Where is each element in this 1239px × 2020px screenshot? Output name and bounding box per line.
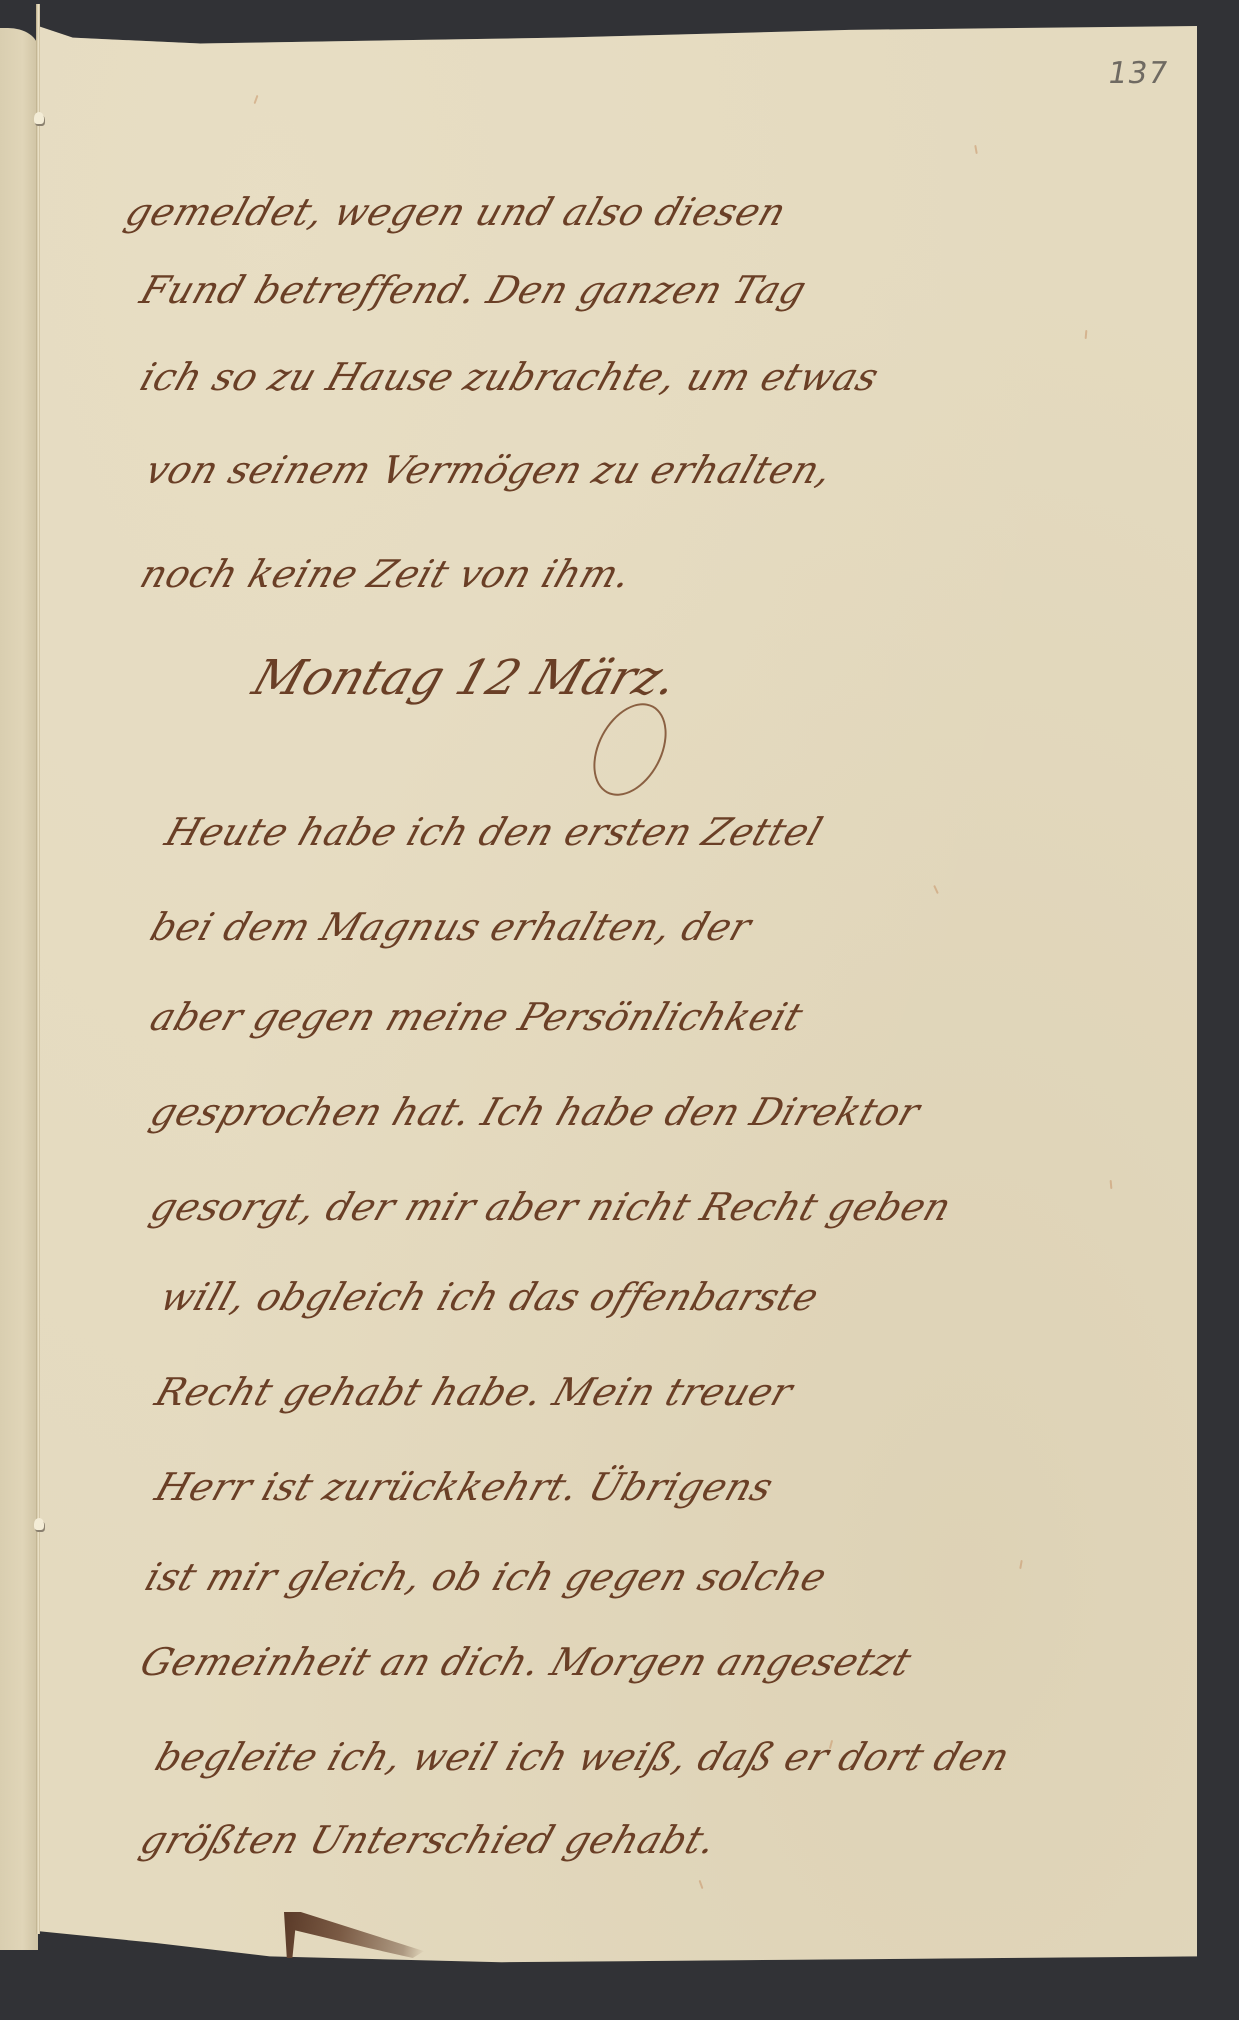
- binding-tear: [34, 1518, 44, 1530]
- text-line: noch keine Zeit von ihm.: [135, 552, 637, 596]
- text-line: aber gegen meine Persönlichkeit: [145, 995, 809, 1039]
- text-line: ich so zu Hause zubrachte, um etwas: [135, 355, 884, 399]
- binding-gutter: [36, 4, 40, 1934]
- text-line: Heute habe ich den ersten Zettel: [160, 810, 828, 854]
- text-line: Gemeinheit an dich. Morgen angesetzt: [135, 1640, 917, 1684]
- text-line: begleite ich, weil ich weiß, daß er dort…: [150, 1735, 1015, 1779]
- text-line: gesorgt, der mir aber nicht Recht geben: [145, 1185, 957, 1229]
- text-line: von seinem Vermögen zu erhalten,: [140, 448, 838, 492]
- text-line: Recht gehabt habe. Mein treuer: [150, 1370, 798, 1414]
- text-line: ist mir gleich, ob ich gegen solche: [140, 1555, 832, 1599]
- text-line: will, obgleich ich das offenbarste: [155, 1275, 825, 1319]
- entry-date-heading: Montag 12 März.: [246, 650, 685, 706]
- text-line: größten Unterschied gehabt.: [135, 1818, 722, 1862]
- text-line: bei dem Magnus erhalten, der: [145, 905, 757, 949]
- page-number: 137: [1105, 56, 1171, 91]
- binding-tear: [34, 112, 44, 124]
- text-line: gesprochen hat. Ich habe den Direktor: [145, 1090, 926, 1134]
- text-line: Fund betreffend. Den ganzen Tag: [135, 268, 812, 312]
- text-line: Herr ist zurückkehrt. Übrigens: [150, 1465, 779, 1509]
- facing-page-edge: [0, 28, 38, 1950]
- text-line: gemeldet, wegen und also diesen: [120, 190, 792, 234]
